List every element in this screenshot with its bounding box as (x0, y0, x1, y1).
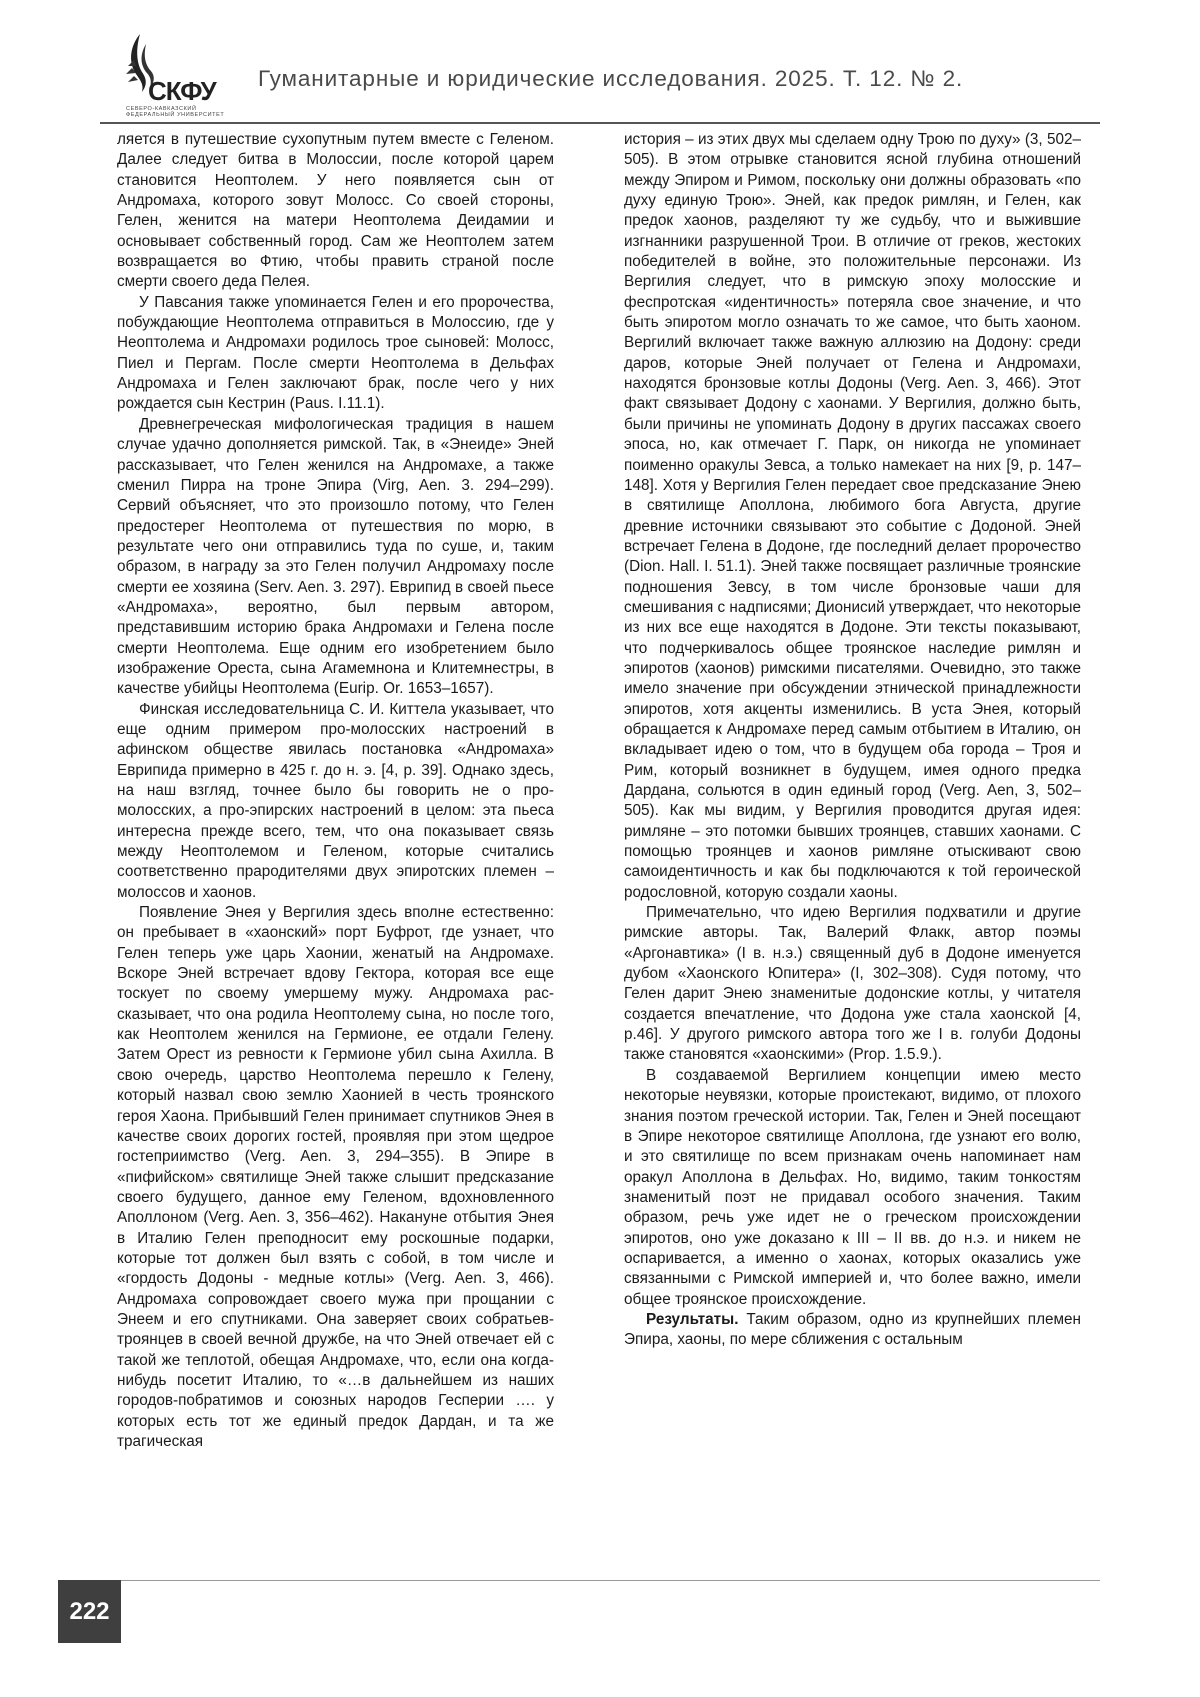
header-divider (100, 122, 1100, 124)
page-number: 222 (58, 1580, 121, 1643)
right-column: история – из этих двух мы сделаем одну Т… (624, 130, 1081, 1351)
page-header: СКФУ СЕВЕРО-КАВКАЗСКИЙ ФЕДЕРАЛЬНЫЙ УНИВЕ… (0, 0, 1200, 125)
logo-subtitle: СЕВЕРО-КАВКАЗСКИЙ ФЕДЕРАЛЬНЫЙ УНИВЕРСИТЕ… (126, 106, 224, 118)
results-paragraph: Результаты. Таким образом, одно из крупн… (624, 1310, 1081, 1351)
logo-abbreviation: СКФУ (148, 76, 216, 107)
paragraph: Примечательно, что идею Вергилия подхват… (624, 903, 1081, 1066)
paragraph: В создаваемой Вергилием концепции имею м… (624, 1066, 1081, 1310)
paragraph: Финская исследовательница С. И. Киттела … (117, 700, 554, 903)
footer-divider (118, 1580, 1100, 1581)
paragraph: Появление Энея у Вергилия здесь вполне е… (117, 903, 554, 1452)
results-heading: Результаты. (646, 1311, 738, 1328)
paragraph: история – из этих двух мы сделаем одну Т… (624, 130, 1081, 903)
university-logo: СКФУ СЕВЕРО-КАВКАЗСКИЙ ФЕДЕРАЛЬНЫЙ УНИВЕ… (126, 32, 236, 122)
paragraph: У Павсания также упоминается Гелен и его… (117, 293, 554, 415)
paragraph: ляется в путешествие сухопутным путем вм… (117, 130, 554, 293)
logo-subtitle-line2: ФЕДЕРАЛЬНЫЙ УНИВЕРСИТЕТ (126, 112, 224, 118)
journal-title: Гуманитарные и юридические исследования.… (258, 66, 963, 92)
left-column: ляется в путешествие сухопутным путем вм… (117, 130, 554, 1452)
paragraph: Древнегреческая мифологическая традиция … (117, 415, 554, 700)
